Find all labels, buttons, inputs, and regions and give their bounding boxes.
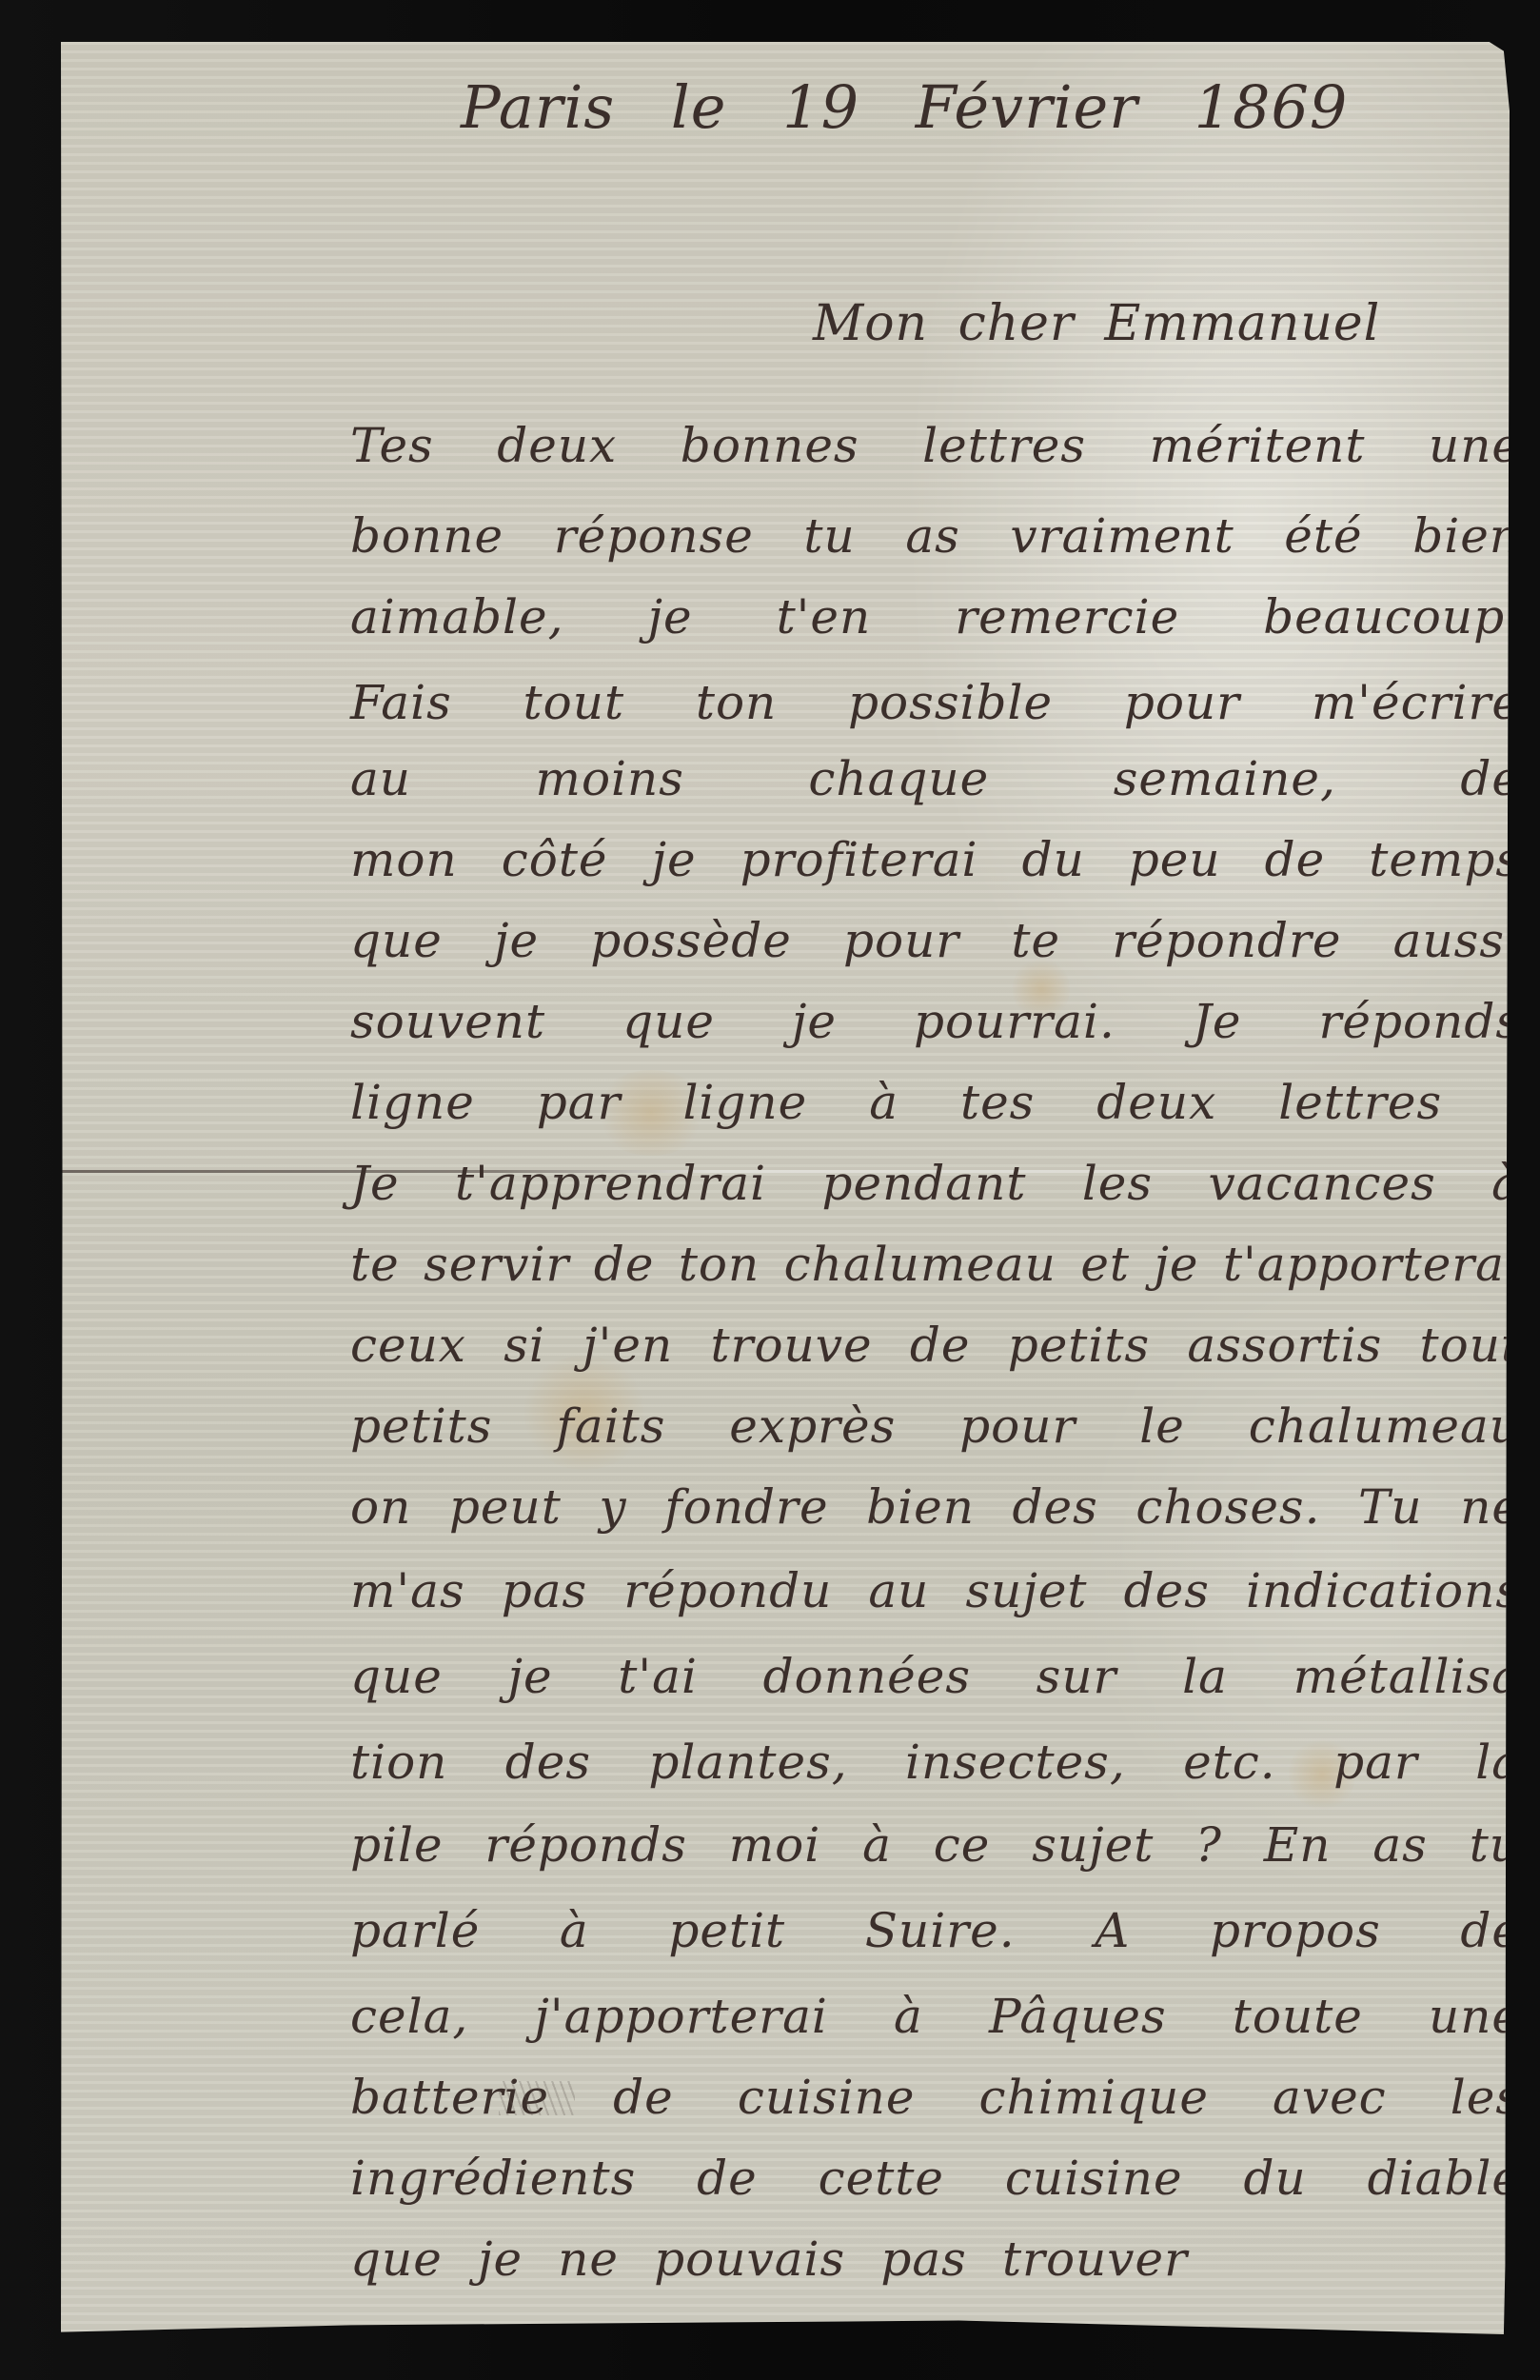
letter-line: aimable, je t'en remercie beaucoup.: [350, 589, 1521, 645]
letter-line: petits faits exprès pour le chalumeau: [350, 1398, 1521, 1454]
letter-line: que je t'ai données sur la métallisa: [350, 1649, 1521, 1704]
letter-line: que je possède pour te répondre aussi: [350, 913, 1521, 968]
letter-line: pile réponds moi à ce sujet ? En as tu: [350, 1817, 1521, 1873]
letter-line: Tes deux bonnes lettres méritent une: [350, 418, 1521, 473]
letter-line: ingrédients de cette cuisine du diable: [350, 2151, 1521, 2206]
letter-line: te servir de ton chalumeau et je t'appor…: [350, 1237, 1521, 1292]
letter-line: on peut y fondre bien des choses. Tu ne: [350, 1479, 1521, 1535]
letter-line: souvent que je pourrai. Je réponds: [350, 994, 1521, 1049]
letter-line: ceux si j'en trouve de petits assortis t…: [350, 1318, 1521, 1373]
place-date-heading: Paris le 19 Février 1869: [461, 72, 1348, 142]
salutation: Mon cher Emmanuel: [813, 295, 1380, 352]
letter-page: Paris le 19 Février 1869 Mon cher Emmanu…: [61, 42, 1510, 2334]
letter-line: que je ne pouvais pas trouver: [350, 2231, 1188, 2287]
letter-line: Je t'apprendrai pendant les vacances à: [350, 1156, 1521, 1211]
struck-out-word: [499, 2081, 575, 2115]
letter-line: bonne réponse tu as vraiment été bien: [350, 508, 1521, 564]
letter-line: parlé à petit Suire. A propos de: [350, 1903, 1521, 1958]
letter-line: m'as pas répondu au sujet des indication…: [350, 1563, 1521, 1618]
letter-line: mon côté je profiterai du peu de temps: [350, 832, 1521, 887]
letter-line: tion des plantes, insectes, etc. par la: [350, 1735, 1521, 1790]
letter-line: Fais tout ton possible pour m'écrire: [350, 675, 1521, 730]
letter-line: ligne par ligne à tes deux lettres :: [350, 1075, 1521, 1130]
letter-line: cela, j'apporterai à Pâques toute une: [350, 1989, 1521, 2044]
letter-line: au moins chaque semaine, de: [350, 751, 1521, 806]
